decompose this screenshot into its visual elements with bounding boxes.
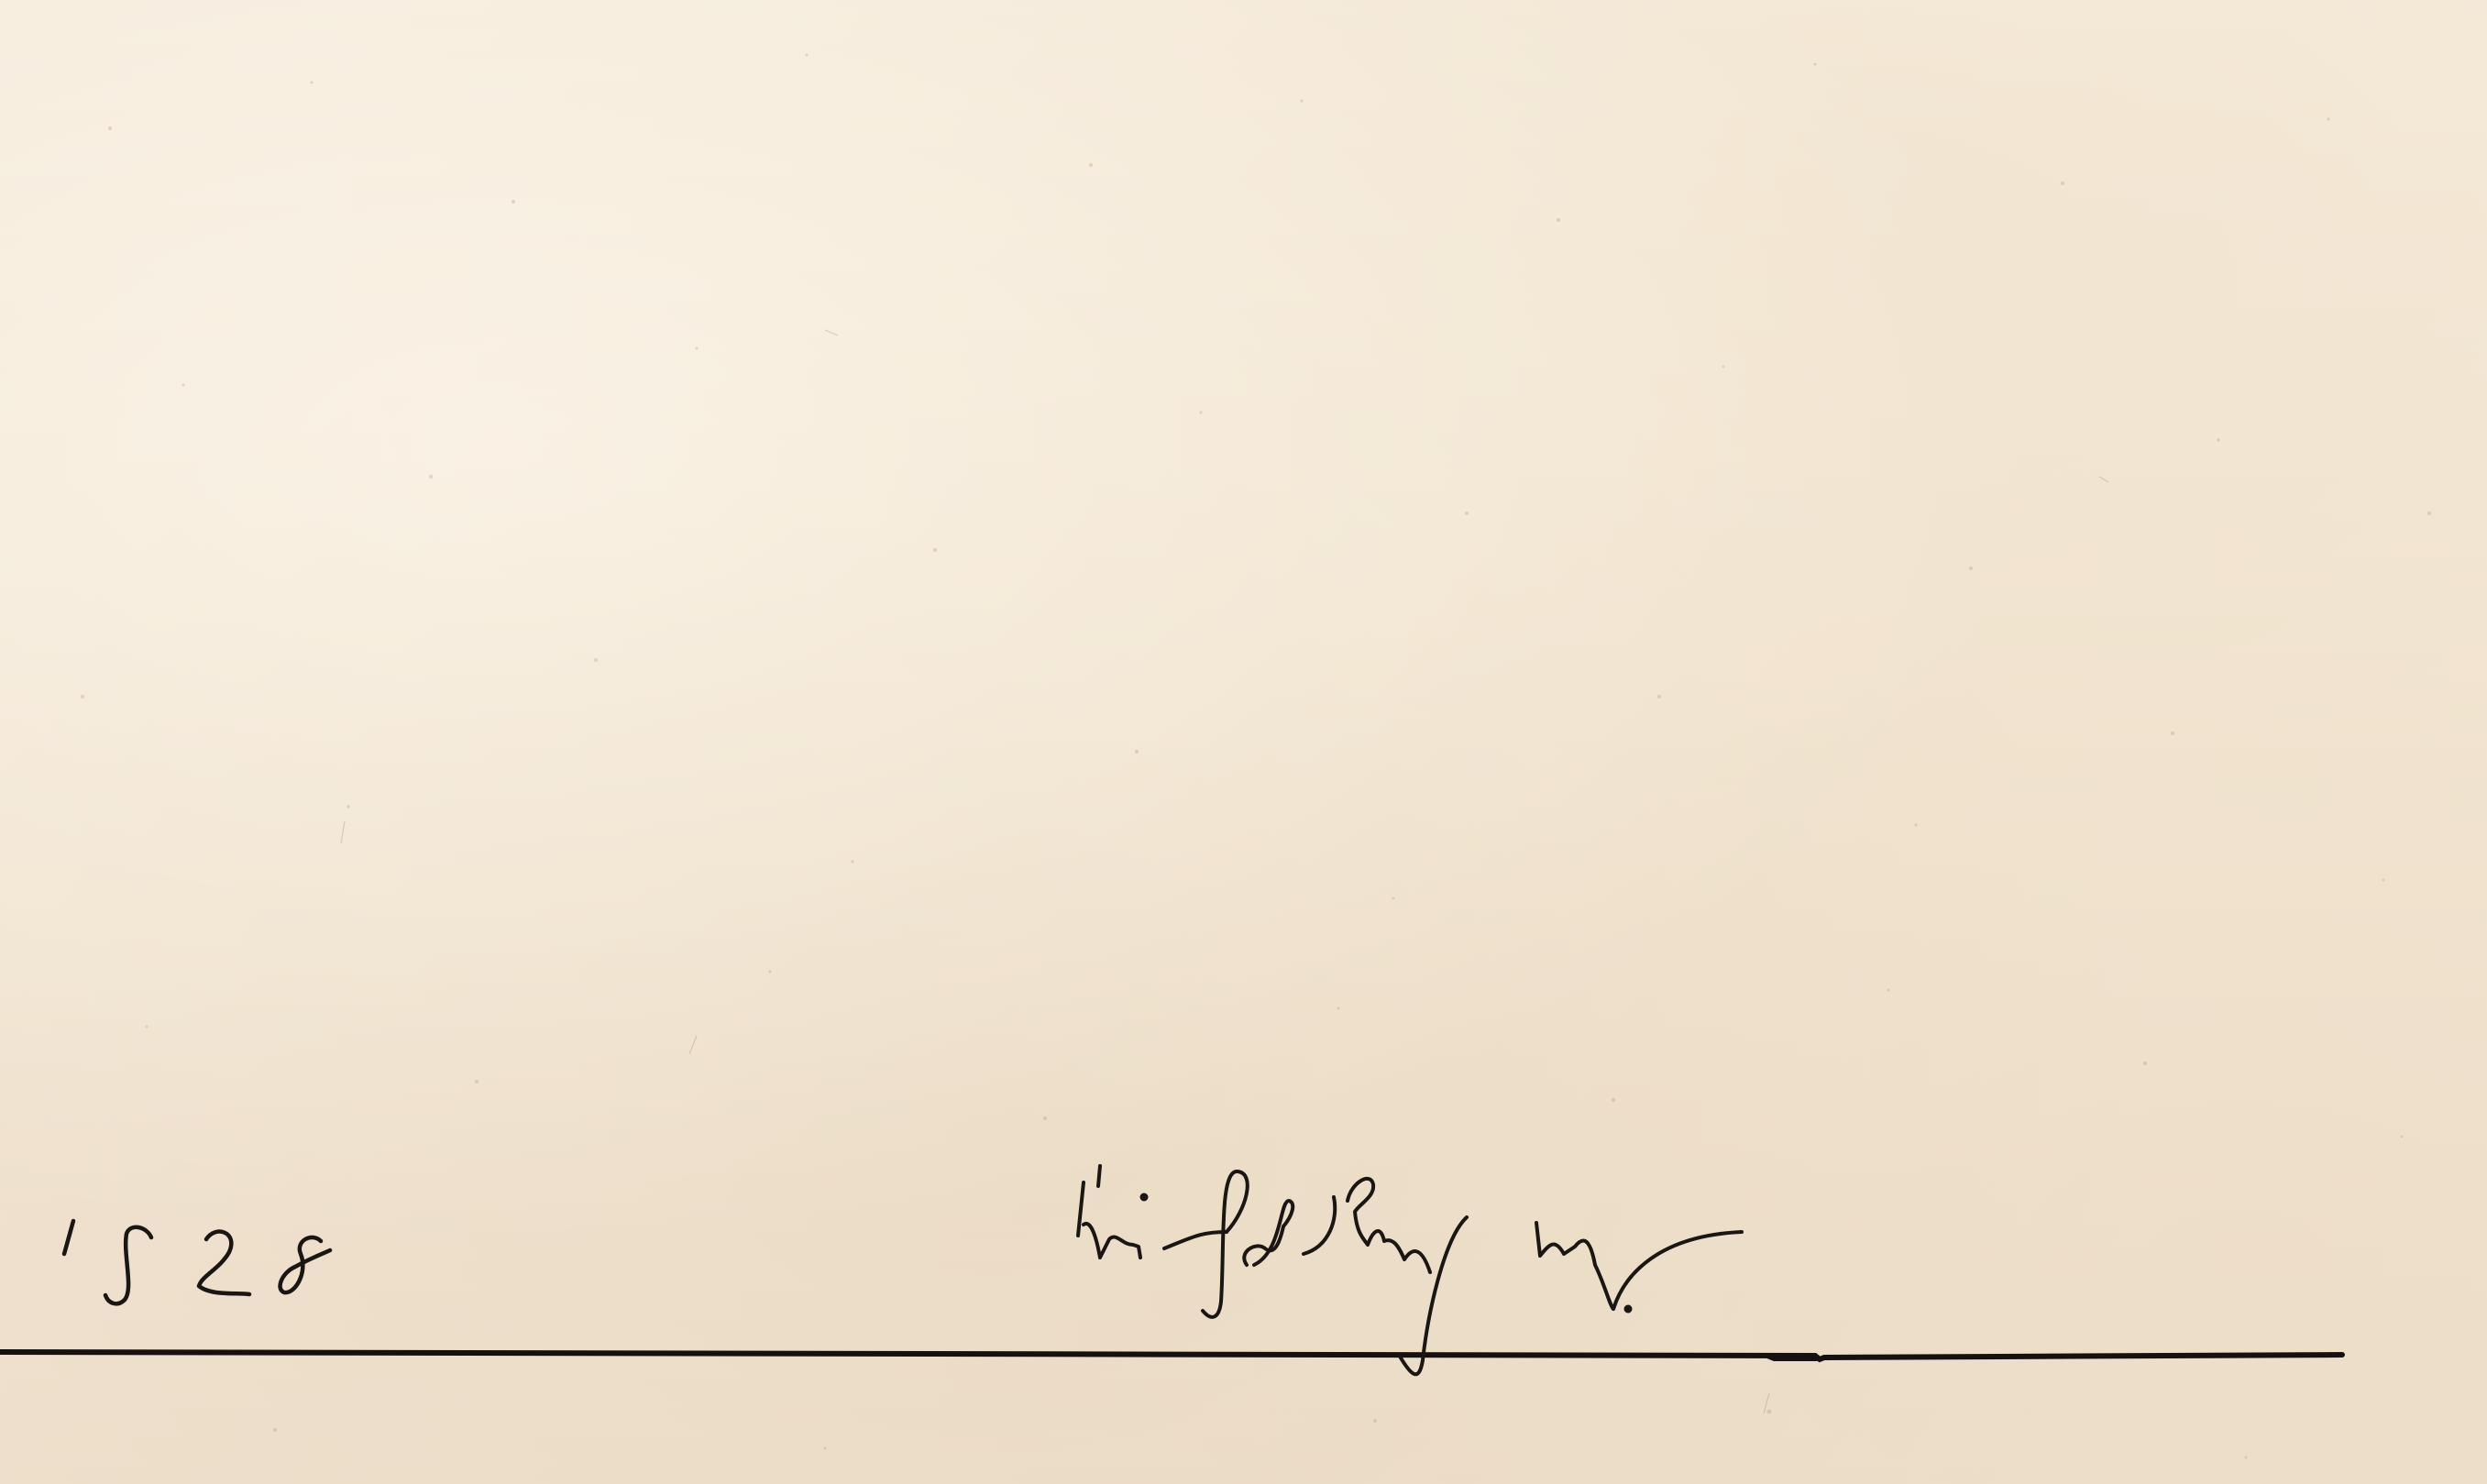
signature-annotation: Ein Holzschnitt von ... bbox=[1063, 1164, 2438, 1412]
year-annotation: 1528 bbox=[55, 1201, 348, 1311]
handwritten-signature bbox=[1063, 1164, 2438, 1412]
handwritten-year bbox=[55, 1201, 348, 1311]
paper-sheet: 1528 Ein Holzschnitt von ... bbox=[0, 0, 2487, 1484]
